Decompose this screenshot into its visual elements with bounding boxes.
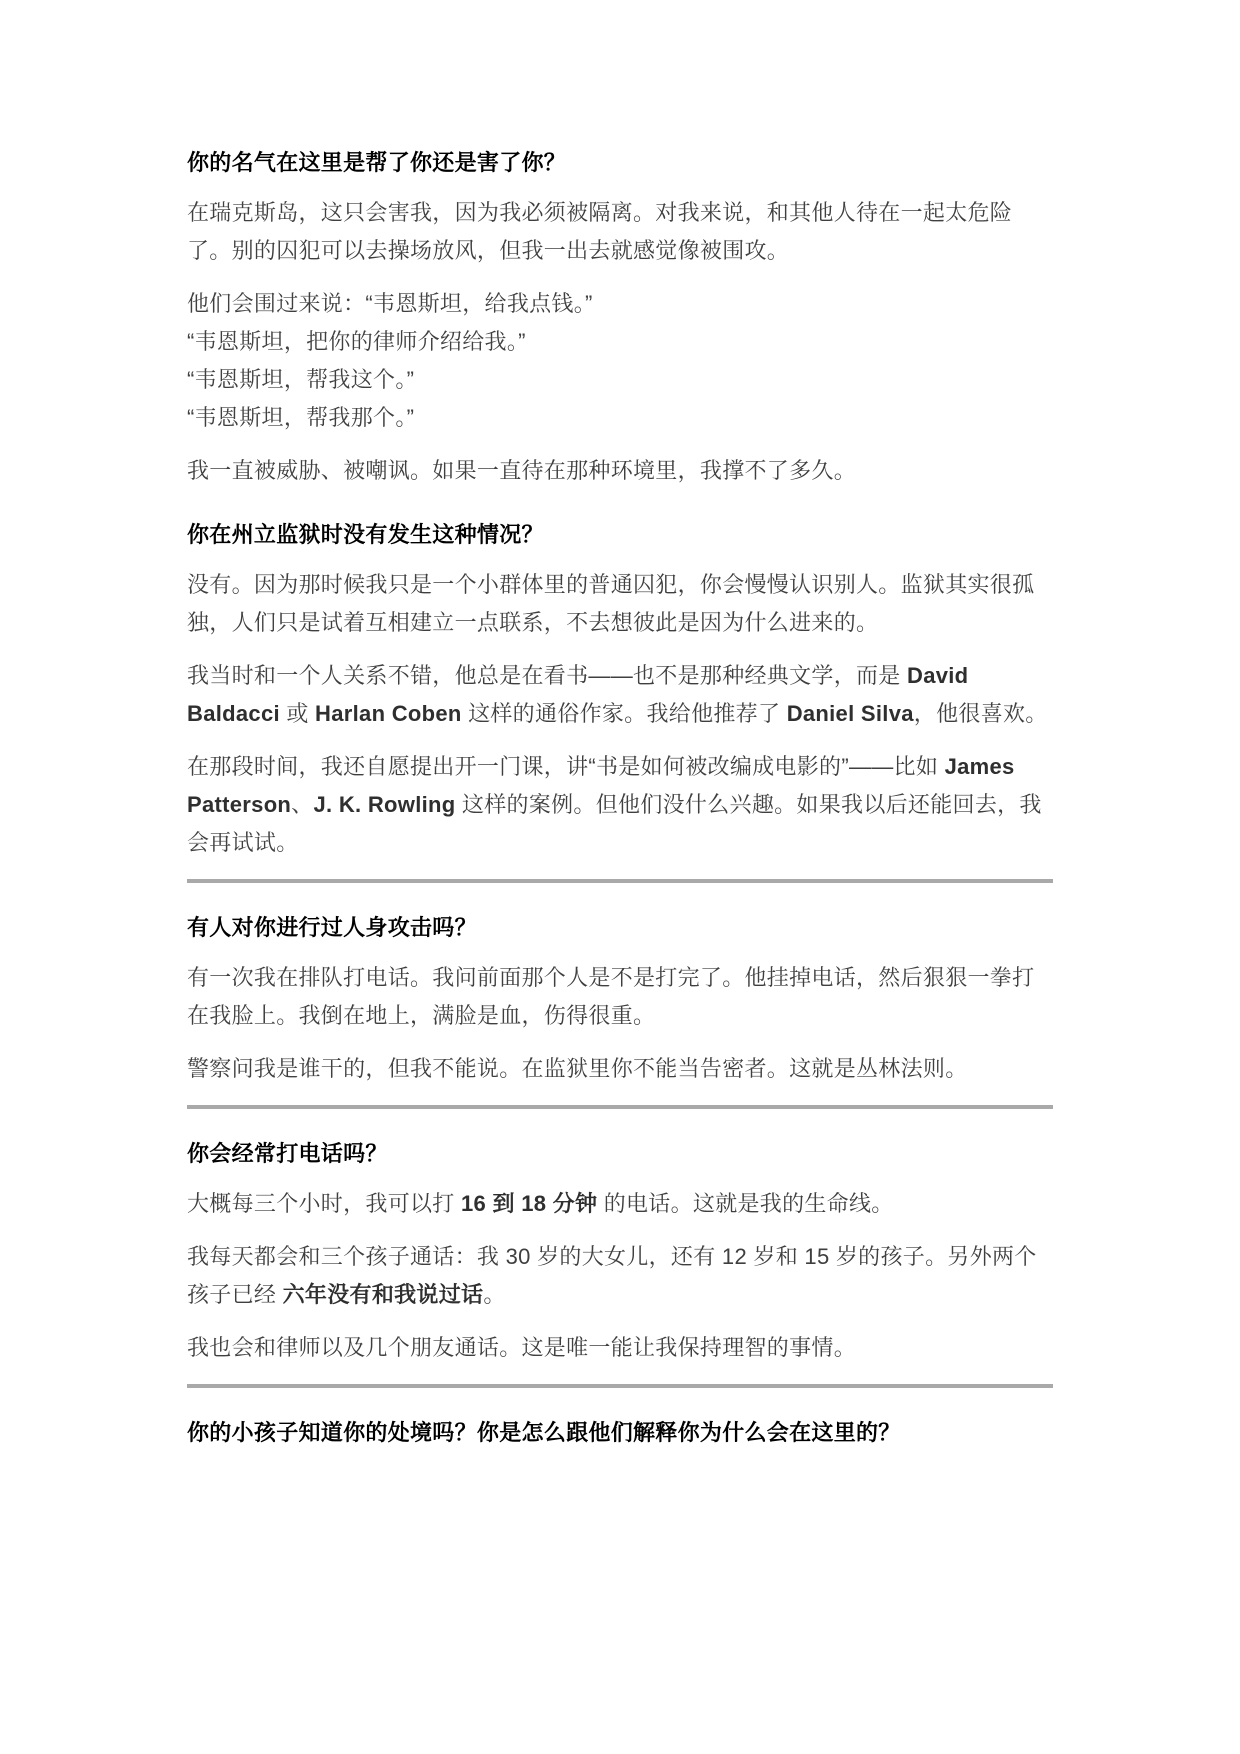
text-run: ，他很喜欢。 [914, 701, 1048, 726]
qa-section: 你的小孩子知道你的处境吗？你是怎么跟他们解释你为什么会在这里的？ [187, 1416, 1053, 1450]
question-heading: 你在州立监狱时没有发生这种情况？ [187, 518, 1053, 552]
text-run: 我也会和律师以及几个朋友通话。这是唯一能让我保持理智的事情。 [187, 1335, 856, 1360]
text-run: 大概每三个小时，我可以打 [187, 1191, 461, 1216]
text-run: 的电话。这就是我的生命线。 [597, 1191, 893, 1216]
answer-paragraph: 我也会和律师以及几个朋友通话。这是唯一能让我保持理智的事情。 [187, 1329, 1053, 1367]
interview-article: 你的名气在这里是帮了你还是害了你？ 在瑞克斯岛，这只会害我，因为我必须被隔离。对… [0, 0, 1240, 1450]
qa-section: 你会经常打电话吗？ 大概每三个小时，我可以打 16 到 18 分钟 的电话。这就… [187, 1137, 1053, 1367]
text-run: 在那段时间，我还自愿提出开一门课，讲“书是如何被改编成电影的”——比如 [187, 754, 945, 779]
text-run-bold: J. K. Rowling [313, 792, 455, 817]
quote-line: “韦恩斯坦，帮我这个。” [187, 367, 414, 392]
quote-line: “韦恩斯坦，帮我那个。” [187, 405, 414, 430]
section-divider [187, 1384, 1053, 1388]
text-run: 在瑞克斯岛，这只会害我，因为我必须被隔离。对我来说，和其他人待在一起太危险了。别… [187, 200, 1012, 263]
text-run: 或 [280, 701, 315, 726]
qa-section: 你在州立监狱时没有发生这种情况？ 没有。因为那时候我只是一个小群体里的普通囚犯，… [187, 518, 1053, 862]
text-run: 我当时和一个人关系不错，他总是在看书——也不是那种经典文学，而是 [187, 663, 907, 688]
text-run: 。 [483, 1282, 505, 1307]
answer-paragraph: 在那段时间，我还自愿提出开一门课，讲“书是如何被改编成电影的”——比如 Jame… [187, 748, 1053, 862]
answer-paragraph: 我当时和一个人关系不错，他总是在看书——也不是那种经典文学，而是 David B… [187, 657, 1053, 733]
text-run: 这样的通俗作家。我给他推荐了 [462, 701, 787, 726]
qa-section: 你的名气在这里是帮了你还是害了你？ 在瑞克斯岛，这只会害我，因为我必须被隔离。对… [187, 146, 1053, 490]
question-heading: 你的名气在这里是帮了你还是害了你？ [187, 146, 1053, 180]
section-divider [187, 1105, 1053, 1109]
answer-paragraph: 警察问我是谁干的，但我不能说。在监狱里你不能当告密者。这就是丛林法则。 [187, 1050, 1053, 1088]
text-run-bold: 六年没有和我说过话 [283, 1282, 484, 1307]
text-run-bold: Harlan Coben [315, 701, 462, 726]
qa-section: 有人对你进行过人身攻击吗？ 有一次我在排队打电话。我问前面那个人是不是打完了。他… [187, 911, 1053, 1088]
text-run: 没有。因为那时候我只是一个小群体里的普通囚犯，你会慢慢认识别人。监狱其实很孤独，… [187, 572, 1034, 635]
text-run: 警察问我是谁干的，但我不能说。在监狱里你不能当告密者。这就是丛林法则。 [187, 1056, 968, 1081]
answer-paragraph: 我每天都会和三个孩子通话：我 30 岁的大女儿，还有 12 岁和 15 岁的孩子… [187, 1238, 1053, 1314]
text-run-bold: Daniel Silva [787, 701, 914, 726]
question-heading: 你会经常打电话吗？ [187, 1137, 1053, 1171]
answer-paragraph: 有一次我在排队打电话。我问前面那个人是不是打完了。他挂掉电话，然后狠狠一拳打在我… [187, 959, 1053, 1035]
answer-paragraph: 大概每三个小时，我可以打 16 到 18 分钟 的电话。这就是我的生命线。 [187, 1185, 1053, 1223]
document-page: 你的名气在这里是帮了你还是害了你？ 在瑞克斯岛，这只会害我，因为我必须被隔离。对… [0, 0, 1240, 1754]
text-run: 我一直被威胁、被嘲讽。如果一直待在那种环境里，我撑不了多久。 [187, 458, 856, 483]
answer-paragraph: 我一直被威胁、被嘲讽。如果一直待在那种环境里，我撑不了多久。 [187, 452, 1053, 490]
section-divider [187, 879, 1053, 883]
answer-paragraph: 在瑞克斯岛，这只会害我，因为我必须被隔离。对我来说，和其他人待在一起太危险了。别… [187, 194, 1053, 270]
answer-paragraph: 没有。因为那时候我只是一个小群体里的普通囚犯，你会慢慢认识别人。监狱其实很孤独，… [187, 566, 1053, 642]
question-heading: 你的小孩子知道你的处境吗？你是怎么跟他们解释你为什么会在这里的？ [187, 1416, 1053, 1450]
text-run: 有一次我在排队打电话。我问前面那个人是不是打完了。他挂掉电话，然后狠狠一拳打在我… [187, 965, 1034, 1028]
text-run-bold: 16 到 18 分钟 [461, 1191, 597, 1216]
answer-quote-paragraph: 他们会围过来说：“韦恩斯坦，给我点钱。” “韦恩斯坦，把你的律师介绍给我。” “… [187, 285, 1053, 437]
text-run: 、 [291, 792, 313, 817]
question-heading: 有人对你进行过人身攻击吗？ [187, 911, 1053, 945]
quote-line: “韦恩斯坦，把你的律师介绍给我。” [187, 329, 526, 354]
quote-line: 他们会围过来说：“韦恩斯坦，给我点钱。” [187, 291, 593, 316]
